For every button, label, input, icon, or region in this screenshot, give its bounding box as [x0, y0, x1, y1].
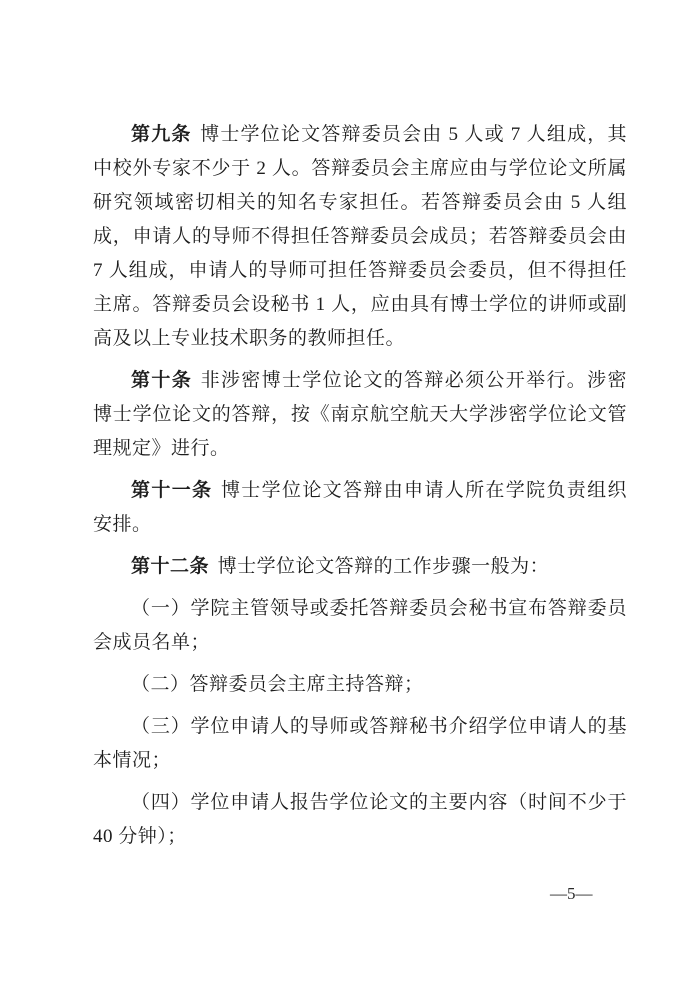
paragraph-text: （一）学院主管领导或委托答辩委员会秘书宣布答辩委员会成员名单；: [93, 598, 627, 653]
document-body: 第九条博士学位论文答辩委员会由 5 人或 7 人组成，其中校外专家不少于 2 人…: [93, 118, 627, 862]
document-page: 第九条博士学位论文答辩委员会由 5 人或 7 人组成，其中校外专家不少于 2 人…: [0, 0, 699, 989]
paragraph-text: 博士学位论文答辩的工作步骤一般为：: [218, 556, 550, 577]
page-number: —5—: [550, 884, 593, 904]
paragraph-article-11: 第十一条博士学位论文答辩由申请人所在学院负责组织安排。: [93, 474, 627, 542]
paragraph-article-10: 第十条非涉密博士学位论文的答辩必须公开举行。涉密博士学位论文的答辩，按《南京航空…: [93, 364, 627, 466]
paragraph-text: （四）学位申请人报告学位论文的主要内容（时间不少于 40 分钟）；: [93, 792, 627, 847]
paragraph-article-12: 第十二条博士学位论文答辩的工作步骤一般为：: [93, 550, 627, 584]
paragraph-item-4: （四）学位申请人报告学位论文的主要内容（时间不少于 40 分钟）；: [93, 786, 627, 854]
paragraph-item-2: （二）答辩委员会主席主持答辩；: [93, 668, 627, 702]
paragraph-text: （三）学位申请人的导师或答辩秘书介绍学位申请人的基本情况；: [93, 716, 627, 771]
paragraph-article-9: 第九条博士学位论文答辩委员会由 5 人或 7 人组成，其中校外专家不少于 2 人…: [93, 118, 627, 356]
paragraph-text: 博士学位论文答辩委员会由 5 人或 7 人组成，其中校外专家不少于 2 人。答辩…: [93, 124, 627, 349]
article-number: 第十二条: [131, 556, 209, 577]
paragraph-item-1: （一）学院主管领导或委托答辩委员会秘书宣布答辩委员会成员名单；: [93, 592, 627, 660]
paragraph-item-3: （三）学位申请人的导师或答辩秘书介绍学位申请人的基本情况；: [93, 710, 627, 778]
paragraph-text: （二）答辩委员会主席主持答辩；: [131, 674, 424, 695]
article-number: 第十条: [131, 370, 192, 391]
article-number: 第十一条: [131, 480, 212, 501]
article-number: 第九条: [131, 124, 192, 145]
